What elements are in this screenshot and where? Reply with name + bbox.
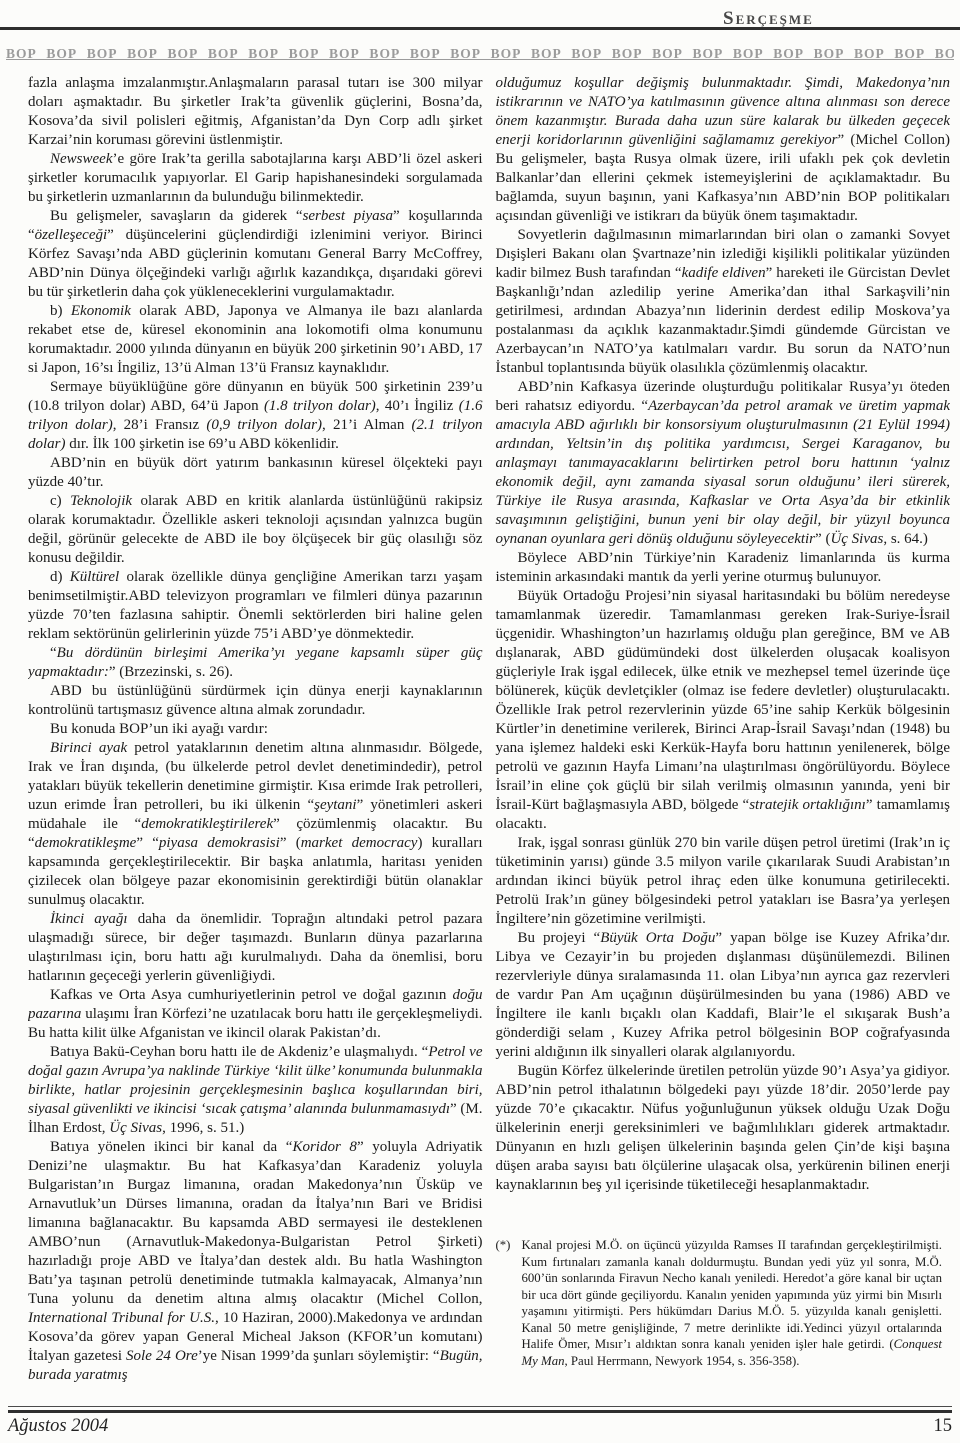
paragraph: d) Kültürel olarak özellikle dünya gençl… — [28, 568, 483, 644]
paragraph: Irak, işgal sonrası günlük 270 bin varil… — [496, 834, 951, 929]
paragraph: c) Teknolojik olarak ABD en kritik alanl… — [28, 492, 483, 568]
footer-row: Ağustos 2004 15 — [8, 1416, 952, 1437]
right-column: olduğumuz koşullar değişmiş bulunmaktadı… — [496, 74, 951, 1396]
footer-rule — [8, 1406, 952, 1413]
footnote-text: Kanal projesi M.Ö. on üçüncü yüzyılda Ra… — [522, 1238, 943, 1368]
left-column: fazla anlaşma imzalanmıştır.Anlaşmaların… — [28, 74, 483, 1396]
paragraph: ABD’nin Kafkasya üzerinde oluşturduğu po… — [496, 378, 951, 549]
paragraph: Bu konuda BOP’un iki ayağı vardır: — [28, 720, 483, 739]
paragraph: ABD bu üstünlüğünü sürdürmek için dünya … — [28, 682, 483, 720]
paragraph: Bu projeyi “Büyük Orta Doğu” yapan bölge… — [496, 929, 951, 1062]
footnote-marker: (*) — [496, 1237, 511, 1254]
journal-page: Serçeşme BOP BOP BOP BOP BOP BOP BOP BOP… — [0, 0, 960, 1443]
paragraph: Newsweek’e göre Irak’ta gerilla sabotajl… — [28, 150, 483, 207]
bop-banner: BOP BOP BOP BOP BOP BOP BOP BOP BOP BOP … — [6, 46, 954, 62]
paragraph: b) Ekonomik olarak ABD, Japonya ve Alman… — [28, 302, 483, 378]
paragraph: Böylece ABD’nin Türkiye’nin Karadeniz li… — [496, 549, 951, 587]
journal-title: Serçeşme — [718, 10, 819, 30]
right-column-paragraphs: olduğumuz koşullar değişmiş bulunmaktadı… — [496, 74, 951, 1195]
paragraph: “Bu dördünün birleşimi Amerika’yı yegane… — [28, 644, 483, 682]
page-number: 15 — [934, 1416, 953, 1437]
footnote: (*) Kanal projesi M.Ö. on üçüncü yüzyıld… — [496, 1237, 943, 1369]
page-footer: Ağustos 2004 15 — [8, 1406, 952, 1437]
paragraph: Birinci ayak petrol yataklarının denetim… — [28, 739, 483, 910]
paragraph: Bugün Körfez ülkelerinde üretilen petrol… — [496, 1062, 951, 1195]
paragraph: İkinci ayağı daha da önemlidir. Toprağın… — [28, 910, 483, 986]
masthead: Serçeşme — [0, 0, 960, 30]
article-body: fazla anlaşma imzalanmıştır.Anlaşmaların… — [28, 74, 950, 1396]
paragraph: fazla anlaşma imzalanmıştır.Anlaşmaların… — [28, 74, 483, 150]
issue-date: Ağustos 2004 — [8, 1416, 108, 1437]
paragraph: Bu gelişmeler, savaşların da giderek “se… — [28, 207, 483, 302]
paragraph: Batıya Bakü-Ceyhan boru hattı ile de Akd… — [28, 1043, 483, 1138]
paragraph: Sovyetlerin dağılmasının mimarlarından b… — [496, 226, 951, 378]
paragraph: Batıya yönelen ikinci bir kanal da “Kori… — [28, 1138, 483, 1385]
masthead-rule-left — [0, 27, 718, 30]
paragraph: Sermaye büyüklüğüne göre dünyanın en büy… — [28, 378, 483, 454]
paragraph: ABD’nin en büyük dört yatırım bankasının… — [28, 454, 483, 492]
paragraph: Büyük Ortadoğu Projesi’nin siyasal harit… — [496, 587, 951, 834]
paragraph: olduğumuz koşullar değişmiş bulunmaktadı… — [496, 74, 951, 226]
masthead-rule-right — [819, 27, 960, 30]
paragraph: Kafkas ve Orta Asya cumhuriyetlerinin pe… — [28, 986, 483, 1043]
